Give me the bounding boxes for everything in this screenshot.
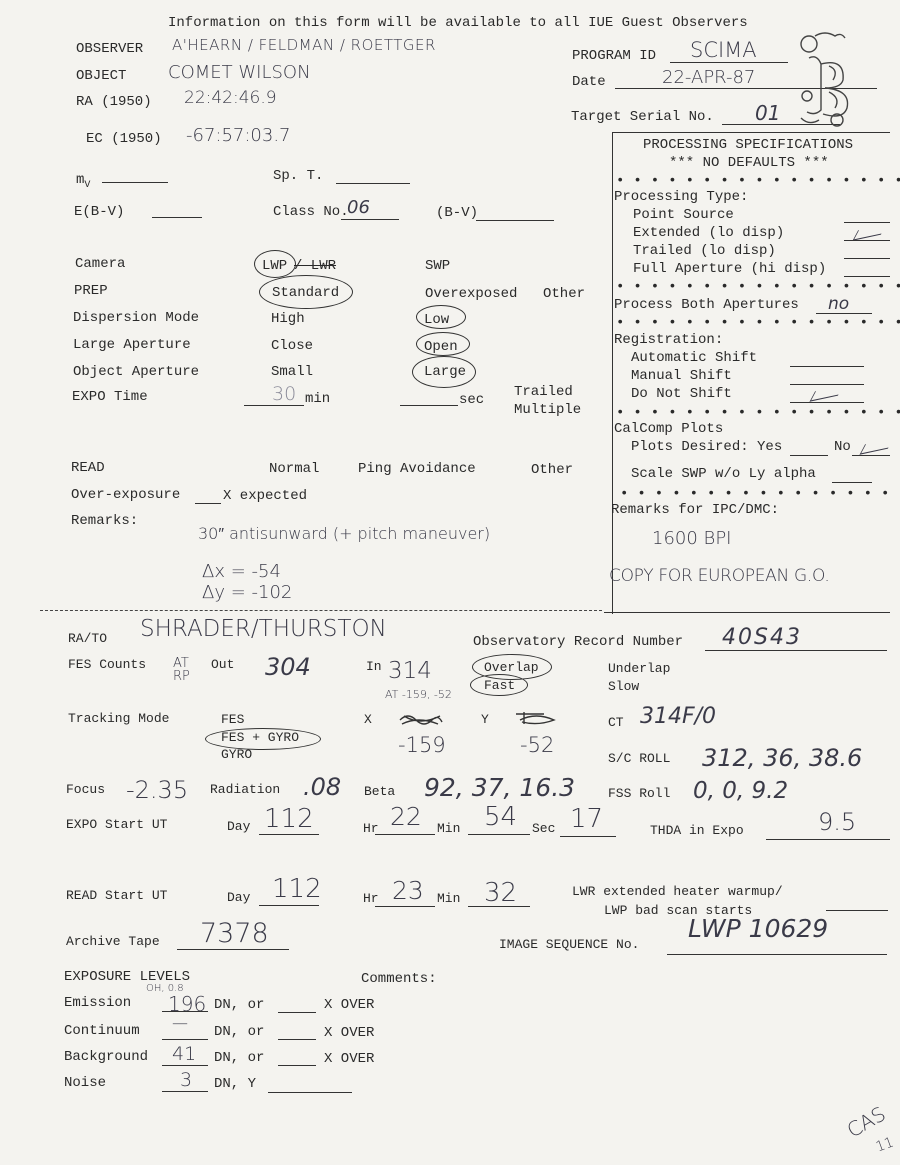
noise-dn-value[interactable]: 3 (180, 1071, 192, 1090)
selection-circle (254, 250, 296, 278)
type-trailed-blank[interactable] (844, 258, 890, 259)
program-id-label: PROGRAM ID (572, 48, 656, 64)
class-line (341, 219, 399, 220)
object-label: OBJECT (76, 68, 126, 84)
processing-type-label: Processing Type: (614, 189, 748, 205)
focus-value[interactable]: -2.35 (126, 778, 188, 802)
large-aperture-option-open[interactable]: Open (424, 339, 458, 355)
noise-label: Noise (64, 1075, 106, 1091)
type-point-source-blank[interactable] (844, 222, 890, 223)
fes-out-label: Out (211, 657, 234, 673)
type-extended-blank[interactable] (844, 240, 890, 241)
expo-min-unit: min (305, 391, 330, 407)
checkmark-icon (860, 438, 894, 454)
continuum-x-over: X OVER (324, 1025, 374, 1041)
calcomp-label: CalComp Plots (614, 421, 723, 437)
rato-value[interactable]: SHRADER/THURSTON (140, 618, 387, 641)
camera-option-lwr[interactable]: / LWR (294, 258, 336, 274)
dotted-divider: ••••••••••••••••••• (616, 408, 900, 418)
processing-subtitle: *** NO DEFAULTS *** (669, 155, 829, 171)
processing-title: PROCESSING SPECIFICATIONS (643, 137, 853, 153)
radiation-value[interactable]: .08 (303, 775, 341, 799)
both-apertures-value[interactable]: no (828, 296, 849, 313)
expo-sec-label: Sec (532, 821, 555, 837)
continuum-dn-or: DN, or (214, 1024, 264, 1040)
mv-label: mV (76, 172, 90, 194)
observer-value[interactable]: A'HEARN / FELDMAN / ROETTGER (172, 38, 436, 53)
dotted-divider: ••••••••••••••••••• (616, 176, 900, 186)
plots-no-blank[interactable] (852, 455, 890, 456)
initials-signature: CAS (844, 1103, 889, 1140)
ct-label: CT (608, 715, 624, 731)
object-aperture-label: Object Aperture (73, 364, 199, 380)
record-number-line (705, 650, 887, 651)
overexposure-label: Over-exposure (71, 487, 180, 503)
background-dn-or: DN, or (214, 1050, 264, 1066)
beta-label: Beta (364, 784, 395, 800)
noise-suffix: DN, Y (214, 1076, 256, 1092)
fss-roll-value[interactable]: 0, 0, 9.2 (693, 780, 788, 803)
bv-blank[interactable] (476, 220, 554, 221)
prep-option-overexposed[interactable]: Overexposed (425, 286, 517, 302)
reg-manual-blank[interactable] (790, 384, 864, 385)
remarks-line2[interactable]: Δx = -54 (202, 563, 281, 581)
expo-min-line (468, 834, 530, 835)
read-start-day[interactable]: 112 (272, 876, 322, 902)
camera-label: Camera (75, 256, 125, 272)
tear-off-separator (40, 610, 602, 611)
prep-option-standard[interactable]: Standard (272, 285, 339, 301)
program-id-line (670, 62, 788, 63)
sc-roll-label: S/C ROLL (608, 751, 670, 767)
type-point-source[interactable]: Point Source (633, 207, 734, 223)
class-label: Class No. (273, 204, 349, 220)
expo-sec-line (560, 836, 616, 837)
read-hr-label: Hr (363, 891, 379, 907)
tracking-option-fes-gyro[interactable]: FES + GYRO (221, 730, 299, 746)
prep-option-other[interactable]: Other (543, 286, 585, 302)
underlap-option[interactable]: Underlap (608, 661, 670, 677)
read-label: READ (71, 460, 105, 476)
checkmark-icon (853, 224, 887, 240)
background-dn-line (162, 1065, 208, 1066)
expo-hr-line (375, 834, 435, 835)
fast-option[interactable]: Fast (484, 678, 515, 694)
expo-min-value[interactable]: 30 (272, 385, 296, 404)
background-label: Background (64, 1049, 148, 1065)
heater-blank[interactable] (826, 910, 888, 911)
image-seq-line (667, 954, 887, 955)
expo-start-min[interactable]: 54 (484, 804, 517, 830)
remarks-label: Remarks: (71, 513, 138, 529)
heater-label-1: LWR extended heater warmup/ (572, 884, 783, 900)
dispersion-option-low[interactable]: Low (424, 312, 449, 328)
expo-trailed-option[interactable]: Trailed (514, 384, 573, 400)
expo-min-line (244, 405, 304, 406)
observer-label: OBSERVER (76, 41, 143, 57)
ornate-b-logo-icon (795, 30, 857, 128)
scribble-icon (398, 712, 444, 728)
date-label: Date (572, 74, 606, 90)
fes-out-value[interactable]: 304 (265, 655, 311, 679)
date-value[interactable]: 22-APR-87 (662, 69, 755, 87)
read-start-min[interactable]: 32 (484, 880, 517, 906)
comments-label: Comments: (361, 971, 437, 987)
sc-roll-value[interactable]: 312, 36, 38.6 (702, 746, 862, 770)
read-start-label: READ Start UT (66, 888, 167, 904)
checkmark-icon (810, 385, 844, 401)
ra-label: RA (1950) (76, 94, 152, 110)
fes-note: ATRP (173, 657, 190, 683)
background-x-over: X OVER (324, 1051, 374, 1067)
class-value[interactable]: 06 (347, 199, 370, 217)
ec-label: EC (1950) (86, 131, 162, 147)
ebv-blank[interactable] (152, 217, 202, 218)
program-id-value[interactable]: SCIMA (690, 40, 757, 61)
plots-desired-yes-label[interactable]: Plots Desired: Yes (631, 439, 782, 455)
thda-value[interactable]: 9.5 (818, 810, 856, 834)
fss-roll-label: FSS Roll (608, 786, 670, 802)
tracking-option-fes[interactable]: FES (221, 712, 244, 728)
focus-label: Focus (66, 782, 105, 798)
expo-sec-unit: sec (459, 392, 484, 408)
large-aperture-label: Large Aperture (73, 337, 191, 353)
noise-dn-line (162, 1091, 208, 1092)
thda-label: THDA in Expo (650, 823, 744, 839)
read-min-line (468, 906, 530, 907)
ec-value[interactable]: -67:57:03.7 (186, 127, 291, 145)
thda-line (766, 839, 890, 840)
ct-value[interactable]: 314F/0 (640, 706, 716, 728)
plots-yes-blank[interactable] (790, 455, 828, 456)
read-start-hr[interactable]: 23 (392, 878, 424, 903)
both-apertures-line (816, 313, 872, 314)
fes-in-label: In (366, 659, 382, 675)
processing-box-left (612, 132, 613, 614)
background-dn-value[interactable]: 41 (172, 1045, 196, 1064)
expo-day-line (259, 834, 319, 835)
record-number-label: Observatory Record Number (473, 634, 683, 650)
read-option-ping[interactable]: Ping Avoidance (358, 461, 476, 477)
overexposure-suffix: X expected (223, 488, 307, 504)
prep-label: PREP (74, 283, 108, 299)
object-aperture-option-small[interactable]: Small (271, 364, 313, 380)
dispersion-label: Dispersion Mode (73, 310, 199, 326)
reg-do-not-shift-blank[interactable] (790, 402, 864, 403)
read-day-label: Day (227, 890, 250, 906)
ra-value[interactable]: 22:42:46.9 (184, 90, 277, 107)
continuum-dn-value[interactable]: — (172, 1015, 188, 1031)
object-value[interactable]: COMET WILSON (168, 64, 311, 82)
emission-dn-or: DN, or (214, 997, 264, 1013)
expo-day-label: Day (227, 819, 250, 835)
scribble-icon (514, 710, 558, 726)
expo-start-day[interactable]: 112 (264, 806, 314, 832)
signature-mark: 11 (874, 1135, 896, 1154)
dotted-divider: ••••••••••••••••••• (616, 318, 900, 328)
reg-do-not-shift[interactable]: Do Not Shift (631, 386, 732, 402)
tracking-option-gyro[interactable]: GYRO (221, 747, 252, 763)
ebv-label: E(B-V) (74, 204, 124, 220)
x-value[interactable]: -159 (398, 735, 446, 756)
y-value[interactable]: -52 (520, 735, 554, 756)
continuum-dn-line (162, 1039, 208, 1040)
ipc-remarks-line2[interactable]: COPY FOR EUROPEAN G.O. (609, 568, 830, 585)
record-number-value[interactable]: 40S43 (722, 627, 802, 649)
plots-no-label[interactable]: No (834, 439, 851, 455)
remarks-line3[interactable]: Δy = -102 (202, 584, 292, 602)
fes-counts-label: FES Counts (68, 657, 146, 673)
read-day-line (259, 905, 319, 906)
reg-automatic-blank[interactable] (790, 366, 864, 367)
read-option-normal[interactable]: Normal (269, 461, 319, 477)
expo-start-hr[interactable]: 22 (390, 804, 422, 829)
spt-label: Sp. T. (273, 168, 323, 184)
reg-automatic-shift[interactable]: Automatic Shift (631, 350, 757, 366)
continuum-label: Continuum (64, 1023, 140, 1039)
expo-multiple-option[interactable]: Multiple (514, 402, 581, 418)
expo-min-label: Min (437, 821, 460, 837)
camera-option-swp[interactable]: SWP (425, 258, 450, 274)
type-trailed[interactable]: Trailed (lo disp) (633, 243, 776, 259)
scale-swp-blank[interactable] (832, 482, 872, 483)
dotted-divider: ••••••••••••••••••• (616, 282, 900, 292)
dotted-divider: ••••••••••••••••••• (620, 489, 900, 499)
target-serial-value[interactable]: 01 (755, 103, 780, 123)
read-option-other[interactable]: Other (531, 462, 573, 478)
emission-label: Emission (64, 995, 131, 1011)
expo-time-label: EXPO Time (72, 389, 148, 405)
expo-start-sec[interactable]: 17 (570, 806, 603, 832)
read-hr-line (375, 906, 435, 907)
rato-label: RA/TO (68, 631, 107, 647)
object-aperture-option-large[interactable]: Large (424, 364, 466, 380)
archive-tape-value[interactable]: 7378 (200, 920, 269, 947)
image-seq-label: IMAGE SEQUENCE No. (499, 937, 639, 953)
overexposure-blank[interactable] (195, 503, 221, 504)
type-full-aperture-blank[interactable] (844, 276, 890, 277)
image-seq-value[interactable]: LWP 10629 (688, 916, 828, 941)
x-label: X (364, 712, 372, 728)
type-extended[interactable]: Extended (lo disp) (633, 225, 784, 241)
fes-in-note: AT -159, -52 (385, 689, 452, 700)
scale-swp-label: Scale SWP w/o Ly alpha (631, 466, 816, 482)
background-over-blank[interactable] (278, 1065, 316, 1066)
remarks-line1[interactable]: 30″ antisunward (+ pitch maneuver) (198, 526, 490, 542)
mv-blank[interactable] (102, 182, 168, 183)
bv-label: (B-V) (436, 205, 478, 221)
spt-blank[interactable] (336, 183, 410, 184)
emission-dn-line (162, 1011, 208, 1012)
archive-tape-line (177, 949, 289, 950)
dispersion-option-high[interactable]: High (271, 311, 305, 327)
expo-start-label: EXPO Start UT (66, 817, 167, 833)
registration-label: Registration: (614, 332, 723, 348)
large-aperture-option-close[interactable]: Close (271, 338, 313, 354)
y-label: Y (481, 712, 489, 728)
form-notice: Information on this form will be availab… (168, 15, 748, 31)
slow-option[interactable]: Slow (608, 679, 639, 695)
read-min-label: Min (437, 891, 460, 907)
emission-over-blank[interactable] (278, 1012, 316, 1013)
radiation-label: Radiation (210, 782, 280, 798)
archive-tape-label: Archive Tape (66, 934, 160, 950)
continuum-over-blank[interactable] (278, 1039, 316, 1040)
tracking-mode-label: Tracking Mode (68, 711, 169, 727)
reg-manual-shift[interactable]: Manual Shift (631, 368, 732, 384)
processing-box-top (612, 132, 890, 133)
ipc-remarks-label: Remarks for IPC/DMC: (611, 502, 779, 518)
target-serial-label: Target Serial No. (571, 109, 714, 125)
noise-y-blank[interactable] (268, 1092, 352, 1093)
processing-box-bottom (604, 612, 890, 613)
ipc-remarks-line1[interactable]: 1600 BPI (652, 530, 731, 548)
fes-in-value[interactable]: 314 (388, 660, 432, 683)
both-apertures-label: Process Both Apertures (614, 297, 799, 313)
beta-value[interactable]: 92, 37, 16.3 (424, 775, 575, 800)
emission-x-over: X OVER (324, 997, 374, 1013)
type-full-aperture[interactable]: Full Aperture (hi disp) (633, 261, 826, 277)
expo-sec-blank[interactable] (400, 405, 458, 406)
